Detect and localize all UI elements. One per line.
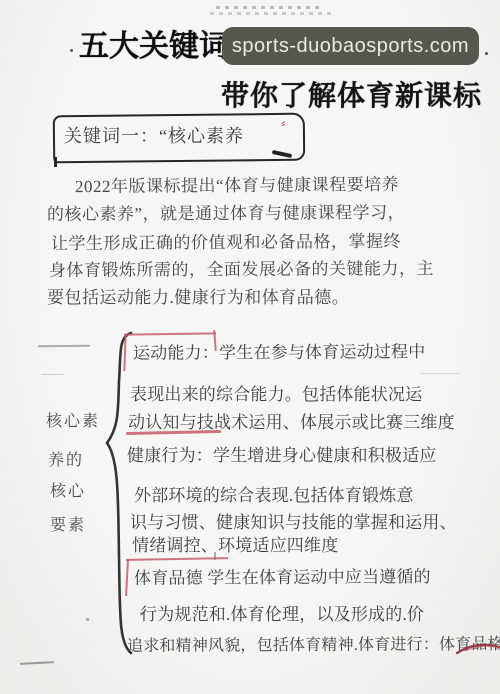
red-underline-jiankang <box>126 430 221 435</box>
intro-line: 要包括运动能力.健康行为和体育品德。 <box>47 283 349 308</box>
red-quote-mark: 〞 <box>281 119 292 135</box>
red-bracket-yundong-top <box>124 332 216 335</box>
keyword-box-label: 关键词一：“核心素养 <box>64 122 244 148</box>
page-title: 五大关键词 <box>79 21 229 65</box>
diagram-line: 识与习惯、健康知识与技能的掌握和运用、 <box>130 508 457 533</box>
page-subtitle: 带你了解体育新课标 <box>221 74 482 114</box>
stray-line <box>42 374 64 375</box>
document-page: 五大关键词 sports-duobaosports.com 带你了解体育新课标 … <box>0 0 500 694</box>
curly-brace <box>100 331 134 655</box>
ink-speck <box>70 49 73 52</box>
stray-line <box>38 345 90 347</box>
diagram-line: 动认知与技战术运用、体展示或比赛三维度 <box>128 408 455 433</box>
ink-speck <box>485 52 488 55</box>
keyword-box-pen-tail-left <box>54 157 57 167</box>
intro-line: 让学生形成正确的价值观和必备品格，掌握终 <box>51 227 401 254</box>
diagram-line: 情绪调控、环境适应四维度 <box>132 531 338 556</box>
watermark-pill: sports-duobaosports.com <box>222 27 479 65</box>
faded-top-marks-row2 <box>210 12 334 15</box>
intro-line: 2022年版课标提出“体育与健康课程要培养 <box>75 170 399 197</box>
stray-line <box>420 373 460 374</box>
pen-tick <box>214 552 216 560</box>
red-bracket-tiyu-top <box>126 557 228 561</box>
diagram-line: 行为规范和.体育伦理，以及形成的.价 <box>140 600 424 625</box>
stray-dash-bottom-left <box>20 661 54 665</box>
watermark-text: sports-duobaosports.com <box>232 35 469 58</box>
red-swoosh <box>455 640 500 658</box>
side-label-line: 核心素 <box>46 408 100 431</box>
intro-line: 的核心素养”，就是通过体育与健康课程学习， <box>47 198 405 225</box>
diagram-line: 外部环境的综合表现.包括体育锻炼意 <box>134 481 414 506</box>
diagram-line: 健康行为：学生增进身心健康和积极适应 <box>127 441 437 466</box>
faded-top-marks-row1 <box>216 6 324 9</box>
side-label-line: 核心 <box>50 478 86 501</box>
side-label-line: 要素 <box>50 512 86 535</box>
diagram-line: 体育品德 学生在体育运动中应当遵循的 <box>134 562 431 589</box>
diagram-line: 表现出来的综合能力。包括体能状况运 <box>130 380 422 405</box>
diagram-line: 追求和精神风貌，包括体育精神.体育进行：体育品格 <box>127 631 500 656</box>
diagram-line: 运动能力：学生在参与体育运动过程中 <box>133 337 426 364</box>
side-label-line: 养的 <box>48 447 84 470</box>
intro-line: 身体育锻炼所需的，全面发展必备的关键能力，主 <box>49 254 434 281</box>
ink-speck <box>86 618 89 621</box>
